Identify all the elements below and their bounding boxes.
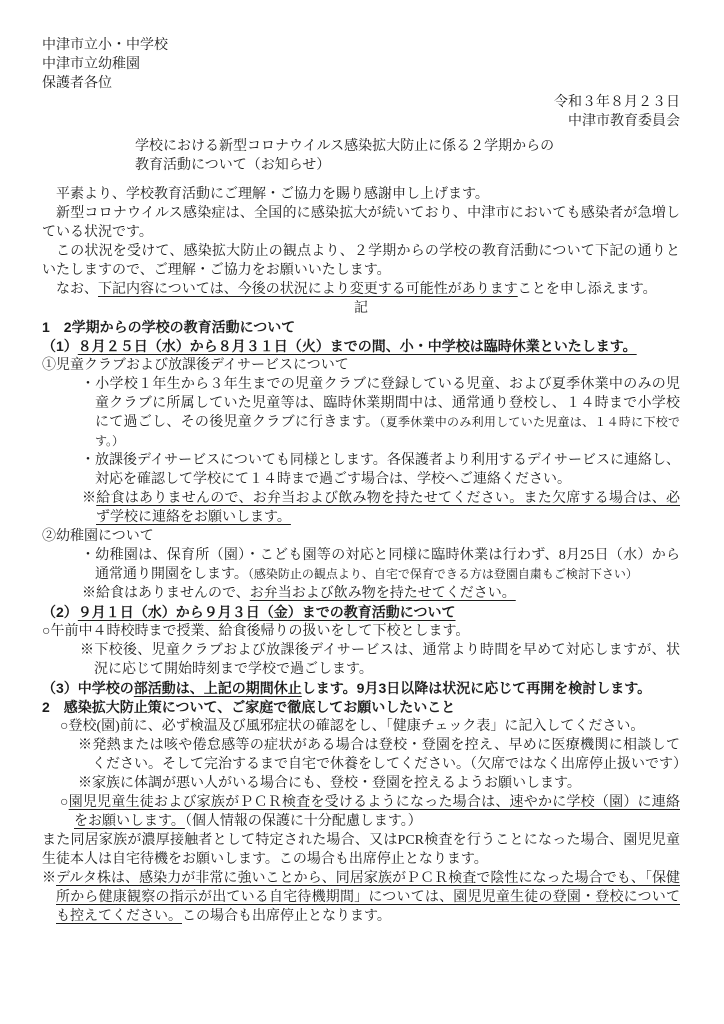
note-marker: ※ — [78, 776, 92, 791]
intro-paragraph: なお、下記内容については、今後の状況により変更する可能性がありますことを申し添え… — [42, 280, 680, 299]
note-item: ※発熱または咳や倦怠感等の症状がある場合は登校・登園を控え、早めに医療機関に相談… — [42, 736, 680, 774]
intro: 平素より、学校教育活動にご理解・ご協力を賜り感謝申し上げます。 新型コロナウイル… — [42, 185, 680, 299]
bullet-marker: ・ — [81, 377, 95, 392]
note-marker: ※ — [82, 491, 96, 506]
item-3-heading: （3）中学校の部活動は、上記の期間休止します。9月3日以降は状況に応じて再開を検… — [42, 679, 680, 698]
item-label: （2） — [42, 604, 78, 620]
document-date: 令和３年８月２３日 — [42, 93, 680, 112]
item-1-heading: （1）８月２５日（水）から８月３１日（火）までの間、小・中学校は臨時休業といたし… — [42, 337, 680, 356]
intro-paragraph: 新型コロナウイルス感染症は、全国的に感染拡大が続いており、中津市においても感染者… — [42, 204, 680, 242]
issuer: 中津市教育委員会 — [42, 112, 680, 131]
circle-item: ○登校(園)前に、必ず検温及び風邪症状の確認をし、「健康チェック表」に記入してく… — [42, 717, 680, 736]
note-item: ※デルタ株は、感染力が非常に強いことから、同居家族がＰＣＲ検査で陰性になった場合… — [42, 869, 680, 926]
title-line-1: 学校における新型コロナウイルス感染拡大防止に係る２学期からの — [135, 137, 680, 156]
note-marker: ※ — [42, 871, 56, 886]
note-item: ※家族に体調が悪い人がいる場合にも、登校・登園を控えるようお願いします。 — [42, 774, 680, 793]
item-2-heading: （2）９月１日（水）から９月３日（金）までの教育活動について — [42, 603, 680, 622]
bullet-item: ・放課後デイサービスについても同様とします。各保護者より利用するデイサービスに連… — [42, 451, 680, 489]
note-item: ※給食はありませんので、お弁当および飲み物を持たせてください。また欠席する場合は… — [42, 489, 680, 527]
addressee-line: 中津市立幼稚園 — [42, 55, 680, 74]
note-marker: ※ — [78, 738, 92, 753]
underlined-notice: 下記内容については、今後の状況により変更する可能性があります — [98, 282, 518, 297]
circle-item: ○園児児童生徒および家族がＰＣＲ検査を受けるようになった場合は、速やかに学校（園… — [42, 793, 680, 831]
title-line-2: 教育活動について（お知らせ） — [135, 156, 680, 175]
addressee-line: 中津市立小・中学校 — [42, 36, 680, 55]
addressee-line: 保護者各位 — [42, 74, 680, 93]
sub-heading-2: ②幼稚園について — [42, 527, 680, 546]
bullet-item: ・小学校１年生から３年生までの児童クラブに登録している児童、および夏季休業中のみ… — [42, 375, 680, 451]
intro-paragraph: この状況を受けて、感染拡大防止の観点より、２学期からの学校の教育活動について下記… — [42, 242, 680, 280]
item-label: （3） — [42, 680, 78, 696]
continuation-paragraph: また同居家族が濃厚接触者として特定された場合、又はPCR検査を行うことになった場… — [42, 831, 680, 869]
note-marker: ※ — [82, 586, 96, 601]
bullet-marker: ・ — [81, 548, 95, 563]
section-1-heading: 1 2学期からの学校の教育活動について — [42, 318, 680, 337]
intro-paragraph: 平素より、学校教育活動にご理解・ご協力を賜り感謝申し上げます。 — [42, 185, 680, 204]
bullet-item: ・幼稚園は、保育所（園）・こども園等の対応と同様に臨時休業は行わず、8月25日（… — [42, 546, 680, 584]
parenthetical-note: （個人情報の保護に十分配慮します。） — [185, 814, 422, 829]
ki-marker: 記 — [42, 299, 680, 318]
note-item: ※給食はありませんので、お弁当および飲み物を持たせてください。 — [42, 584, 680, 603]
circle-marker: ○ — [60, 795, 69, 810]
header: 中津市立小・中学校 中津市立幼稚園 保護者各位 令和３年８月２３日 中津市教育委… — [42, 36, 680, 131]
bullet-marker: ・ — [81, 453, 95, 468]
document-title: 学校における新型コロナウイルス感染拡大防止に係る２学期からの 教育活動について（… — [135, 137, 680, 175]
circle-item: ○午前中４時校時まで授業、給食後帰りの扱いをして下校とします。 — [42, 622, 680, 641]
sub-heading-1: ①児童クラブおよび放課後デイサービスについて — [42, 356, 680, 375]
document-page: 中津市立小・中学校 中津市立幼稚園 保護者各位 令和３年８月２３日 中津市教育委… — [0, 0, 724, 1024]
section-2-heading: 2 感染拡大防止策について、ご家庭で徹底してお願いしたいこと — [42, 698, 680, 717]
parenthetical-note: （感染防止の観点より、自宅で保育できる方は登園自粛もご検討下さい） — [248, 567, 638, 581]
item-label: （1） — [42, 338, 78, 354]
note-item: ※下校後、児童クラブおよび放課後デイサービスは、通常より時間を早めて対応しますが… — [42, 641, 680, 679]
note-marker: ※ — [80, 643, 94, 658]
